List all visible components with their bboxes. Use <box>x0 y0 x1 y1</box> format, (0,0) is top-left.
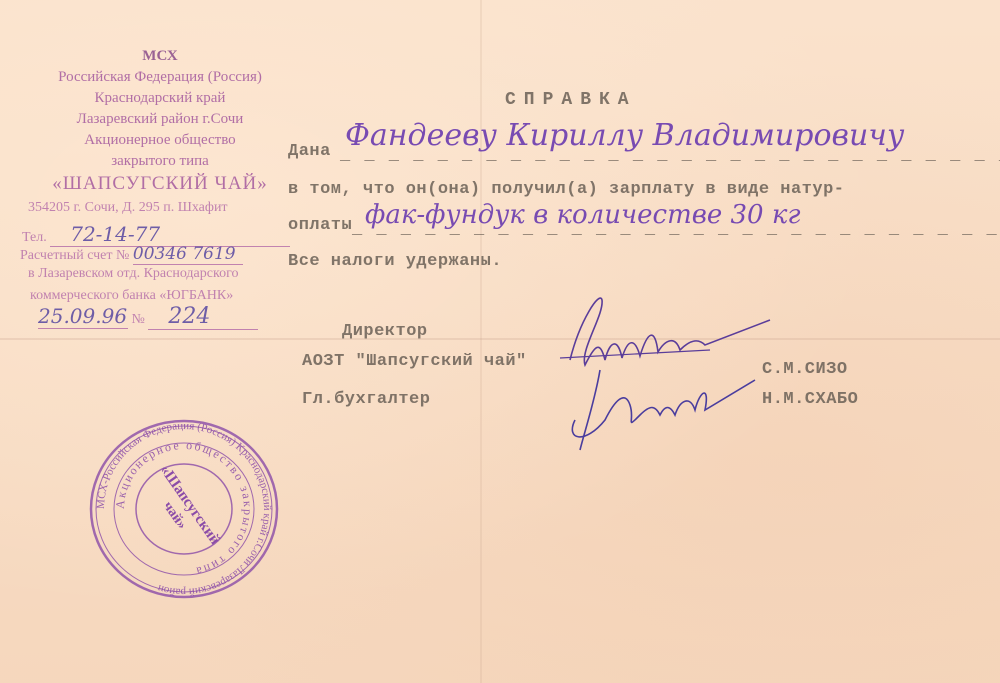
address: 354205 г. Сочи, Д. 295 п. Шхафит <box>8 200 308 222</box>
paper-fold <box>0 338 1000 340</box>
number-label: № <box>132 312 145 327</box>
document-title: СПРАВКА <box>505 90 637 110</box>
stamp-line: Акционерное общество <box>10 130 310 151</box>
stamp-line: Краснодарский край <box>10 88 310 109</box>
payment-value: фак-фундук в количестве 30 кг <box>365 200 801 230</box>
company-name: «ШАПСУГСКИЙ ЧАЙ» <box>10 172 310 196</box>
ministry-label: МСХ <box>10 46 310 67</box>
accountant-label: Гл.бухгалтер <box>302 390 430 409</box>
number-value: 224 <box>148 304 258 330</box>
paper-fold <box>480 0 482 683</box>
phone-label: Тел. <box>22 230 47 245</box>
recipient-name: Фандееву Кириллу Владимировичу <box>345 118 904 153</box>
accountant-signature <box>555 360 775 470</box>
company-seal: МСХ-Российская Федерация (Россия) Красно… <box>88 418 280 600</box>
body-line: Все налоги удержаны. <box>288 252 502 271</box>
given-label: Дана <box>288 142 331 161</box>
date-value: 25.09.96 <box>38 304 128 329</box>
payment-label: оплаты <box>288 216 352 235</box>
body-line: в том, что он(она) получил(а) зарплату в… <box>288 180 845 199</box>
stamp-line: Лазаревский район г.Сочи <box>10 109 310 130</box>
director-label: Директор <box>342 322 428 341</box>
stamp-fields: 354205 г. Сочи, Д. 295 п. Шхафит Тел. 72… <box>8 200 308 326</box>
organization-stamp: МСХ Российская Федерация (Россия) Красно… <box>10 46 310 196</box>
stamp-line: Российская Федерация (Россия) <box>10 67 310 88</box>
stamp-line: закрытого типа <box>10 151 310 172</box>
account-label: Расчетный счет № <box>20 248 129 263</box>
account-value: 00346 7619 <box>133 244 243 265</box>
director-org: АОЗТ "Шапсугский чай" <box>302 352 527 371</box>
bank-line: в Лазаревском отд. Краснодарского <box>8 266 308 288</box>
